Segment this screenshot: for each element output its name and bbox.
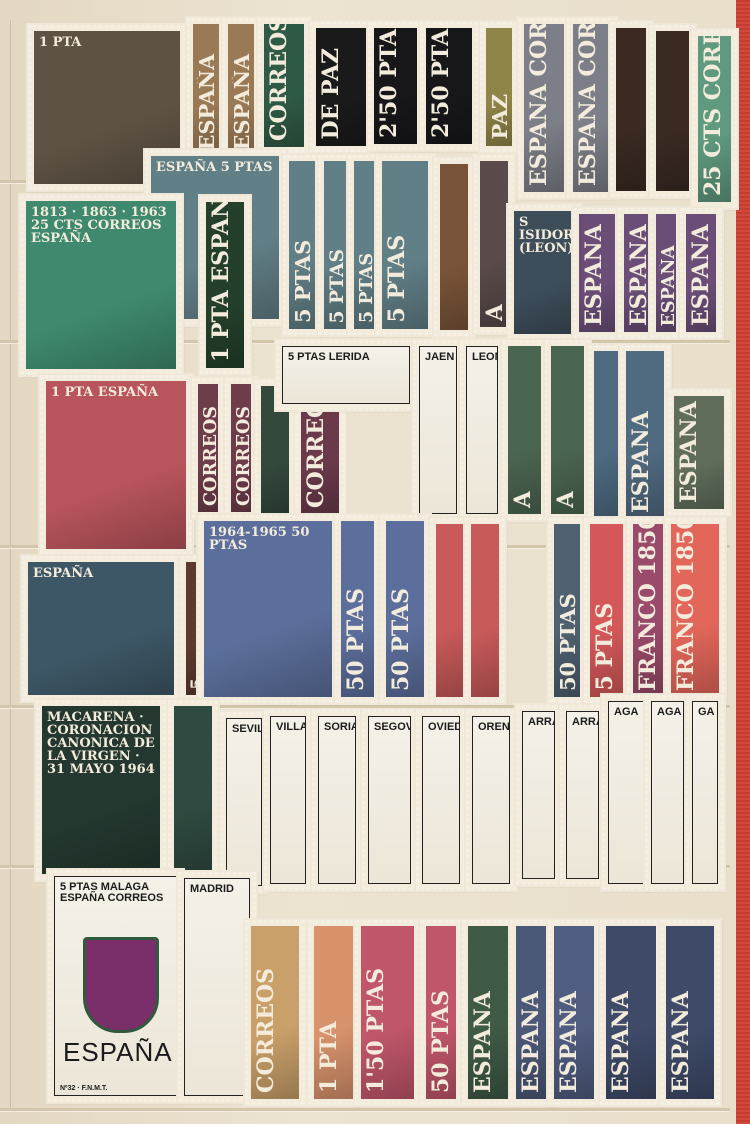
stamp-text: ESPAÑA — [472, 991, 494, 1093]
stamp-text: ESPAÑA — [670, 991, 692, 1093]
stamp-text: 2'50 PTAS — [430, 28, 452, 138]
stamp-text: 1'50 PTAS — [365, 968, 387, 1093]
stamp-text: 1 PTA — [39, 36, 180, 49]
stamp — [610, 22, 652, 197]
stamp-design: ARRA — [566, 711, 599, 879]
stamp-text: ARRA — [572, 717, 599, 728]
stamp: CORREOS 10 — [258, 18, 310, 153]
stamp-design: 1813 · 1863 · 1963 25 CTS CORREOS ESPAÑA — [26, 201, 176, 369]
stamp-text: 1 PTA ESPAÑA CORREOS — [210, 202, 232, 362]
stamp-design: SEVILLA — [226, 718, 262, 886]
stamp-design: ESPAÑA — [606, 926, 656, 1099]
stamp-text: CORREOS — [202, 406, 218, 506]
stamp-text: OVIEDO — [428, 722, 460, 733]
stamp — [434, 158, 474, 336]
stamp: 50 PTAS — [335, 515, 380, 703]
stamp-text: ORENSE — [478, 722, 510, 733]
stamp: PAZ — [480, 22, 518, 152]
stamp: 1 PTA — [308, 920, 360, 1105]
album-page: 1 PTAESPAÑAESPAÑACORREOS 10DE PAZ2'50 PT… — [0, 0, 750, 1124]
stamp-design: ESPAÑA — [624, 214, 652, 332]
stamp-text: FRANCO 1850 25 — [637, 524, 659, 691]
stamp-design: VILLA — [270, 716, 306, 884]
stamp-text: 1 PTA ESPAÑA — [51, 386, 186, 399]
stamp-design: 50 PTAS — [386, 521, 424, 697]
stamp — [168, 700, 218, 880]
stamp-design — [174, 706, 212, 874]
stamp-design: A — [551, 346, 584, 514]
stamp: ESPAÑA — [600, 920, 662, 1105]
stamp: ESPAÑA — [680, 208, 722, 338]
stamp: ESPAÑA — [650, 208, 682, 338]
stamp-design: 1 PTA ESPAÑA — [46, 381, 186, 549]
stamp: 1964-1965 50 PTAS — [198, 515, 338, 703]
stamp-design: CORREOS 10 — [264, 24, 304, 147]
stamp-text: ESPAÑA — [690, 224, 712, 326]
stamp-text: ARRA — [528, 717, 555, 728]
stamp-text: ESPAÑA — [678, 401, 700, 503]
stamp: SEGOVIA — [362, 710, 417, 890]
stamp-design: ESPAÑA CORREOS — [524, 24, 564, 192]
stamp-design — [594, 351, 622, 519]
stamp-text: ESPAÑA — [628, 224, 650, 326]
stamp: 50 PTAS — [380, 515, 430, 703]
stamp-text: 5 PTAS MALAGA ESPAÑA CORREOS — [60, 882, 177, 904]
stamp-design: OVIEDO — [422, 716, 460, 884]
stamp-design: CORREOS — [231, 384, 251, 512]
stamp-text: 5 PTAS — [594, 603, 616, 691]
stamp-design: ESPAÑA — [686, 214, 716, 332]
stamp-design: ESPAÑA — [666, 926, 714, 1099]
stamp: 5 PTAS — [584, 518, 629, 703]
stamp: FRANCO 1850 25 — [627, 518, 669, 703]
stamp-design: 5 PTAS — [590, 524, 623, 697]
stamp-design: ESPAÑA — [28, 562, 174, 695]
stamp-design: ESPAÑA — [656, 214, 676, 332]
stamp-design: 5 PTAS — [289, 161, 315, 329]
stamp-text: FRANCO 1850 10 — [675, 524, 697, 691]
stamp: SORIA — [312, 710, 362, 890]
stamp-design: A — [480, 161, 508, 327]
stamp — [430, 518, 470, 703]
stamp-design: 5 PTAS MALAGA ESPAÑA CORREOSNº32 · F.N.M… — [54, 876, 177, 1096]
stamp: MACARENA · CORONACION CANONICA DE LA VIR… — [36, 700, 166, 880]
stamp-design: FRANCO 1850 25 — [633, 524, 663, 697]
stamp: ESPAÑA CORREOS — [518, 18, 570, 198]
stamp-design: 1 PTA — [314, 926, 354, 1099]
stamp-text: 1964-1965 50 PTAS — [209, 526, 332, 552]
stamp-text: VILLA — [276, 722, 306, 733]
stamp-design: 50 PTAS — [554, 524, 580, 697]
stamp-text: GA — [698, 707, 718, 718]
stamp-design: ESPAÑA — [228, 24, 254, 157]
stamp: A — [502, 340, 547, 520]
stamp: 2'50 PTAS — [420, 22, 478, 150]
stamp-text: 50 PTAS — [390, 588, 412, 691]
stamp-text: 50 PTAS — [430, 990, 452, 1093]
stamp-design: DE PAZ — [316, 28, 366, 146]
stamp: LEON — [460, 340, 504, 520]
stamp: CORREOS — [192, 378, 224, 518]
stamp: ESPAÑA — [462, 920, 514, 1105]
stamp: AGA — [645, 695, 690, 890]
stamp-design: MADRID — [184, 878, 250, 1096]
stamp-design: ORENSE — [472, 716, 510, 884]
stamp: 5 PTAS LERIDA — [276, 340, 416, 410]
stamp-text: 2'50 PTAS — [378, 28, 400, 138]
stamp-design: MACARENA · CORONACION CANONICA DE LA VIR… — [42, 706, 160, 874]
album-binding-edge — [736, 0, 750, 1124]
stamp — [650, 25, 695, 197]
stamp-text: ESPAÑA — [520, 991, 542, 1093]
stamp-text: SEGOVIA — [374, 722, 411, 733]
stamp: DE PAZ — [310, 22, 372, 152]
stamp-text: 50 PTAS — [345, 588, 367, 691]
stamp: JAEN — [413, 340, 463, 520]
stamp-design: 50 PTAS — [426, 926, 456, 1099]
stamp: OVIEDO — [416, 710, 466, 890]
stamp-design: ESPAÑA — [674, 396, 724, 509]
stamp: 5 PTAS — [318, 155, 352, 335]
stamp-country-text: ESPAÑA — [63, 1039, 173, 1065]
stamp-design: 5 PTAS — [354, 161, 374, 329]
stamp: 1 PTA ESPAÑA — [40, 375, 192, 555]
stamp: A — [545, 340, 590, 520]
stamp-design: ESPAÑA — [579, 214, 615, 332]
stamp: ORENSE — [466, 710, 516, 890]
stamp: CORREOS — [245, 920, 305, 1105]
stamp-text: 1 PTA — [318, 1021, 340, 1093]
stamp-design: 25 CTS CORREO ESPAÑA — [698, 36, 731, 202]
stamp-text: ESPAÑA — [558, 991, 580, 1093]
stamp-design — [440, 164, 468, 330]
stamp-text: MADRID — [190, 884, 250, 895]
stamp-design: ARRA — [522, 711, 555, 879]
stamp-text: A — [512, 491, 534, 508]
stamp-text: SEVILLA — [232, 724, 262, 735]
stamp: 2'50 PTAS — [368, 22, 423, 150]
stamp-text: PAZ — [490, 94, 511, 140]
stamp-text: ESPAÑA — [232, 54, 253, 151]
stamp-design: JAEN — [419, 346, 457, 514]
stamp-text: 5 PTAS — [328, 249, 346, 323]
stamp-design — [436, 524, 464, 697]
stamp-text: MACARENA · CORONACION CANONICA DE LA VIR… — [47, 711, 160, 776]
stamp-design: A — [508, 346, 541, 514]
stamp-text: ESPAÑA — [33, 567, 174, 580]
stamp-text: 5 PTAS — [386, 235, 408, 323]
stamp-design: FRANCO 1850 10 — [671, 524, 719, 697]
stamp-footer: Nº32 · F.N.M.T. — [60, 1085, 107, 1092]
stamp-text: A — [555, 491, 577, 508]
stamp: ESPAÑA — [668, 390, 730, 515]
stamp: 5 PTAS — [376, 155, 434, 335]
stamp-design: 5 PTAS — [324, 161, 346, 329]
stamp-text: ESPAÑA — [660, 245, 676, 326]
stamp: ESPAÑA — [660, 920, 720, 1105]
stamp-text: SORIA — [324, 722, 356, 733]
stamp: 50 PTAS — [420, 920, 462, 1105]
stamp-text: ESPAÑA CORREOS — [528, 24, 550, 186]
stamp-text: 50 PTAS — [558, 593, 579, 691]
stamp-text: 5 PTAS — [293, 240, 314, 323]
stamp-text: ESPAÑA — [197, 54, 218, 151]
stamp: ESPAÑA — [620, 345, 670, 525]
stamp-text: CORREOS — [235, 406, 251, 506]
stamp-design: 5 PTAS LERIDA — [282, 346, 410, 404]
stamp-text: AGA — [614, 707, 646, 718]
stamp-design: SORIA — [318, 716, 356, 884]
stamp-design — [656, 31, 689, 191]
stamp: 1813 · 1863 · 1963 25 CTS CORREOS ESPAÑA — [20, 195, 182, 375]
stamp: ARRA — [560, 705, 605, 885]
stamp-design: 5 PTAS — [382, 161, 428, 329]
stamp-text: CORREOS 10 — [268, 24, 290, 141]
stamp-text: ESPAÑA 5 PTAS — [156, 161, 279, 174]
stamp-design: ESPAÑA CORREOS — [573, 24, 611, 192]
stamp-design: LEON — [466, 346, 498, 514]
stamp-design: SEGOVIA — [368, 716, 411, 884]
stamp: 5 PTAS MALAGA ESPAÑA CORREOSNº32 · F.N.M… — [48, 870, 183, 1102]
stamp-text: ESPAÑA CORREOS — [577, 24, 599, 186]
stamp-design: 1964-1965 50 PTAS — [204, 521, 332, 697]
stamp-design: 2'50 PTAS — [374, 28, 417, 144]
stamp: S ISIDORO (LEON) — [508, 205, 580, 340]
stamp-text: A — [484, 304, 506, 321]
stamp-design — [471, 524, 499, 697]
stamp-design: CORREOS — [251, 926, 299, 1099]
stamp-design: 1'50 PTAS — [361, 926, 414, 1099]
stamp-design: AGA — [651, 701, 684, 884]
stamp-design: 2'50 PTAS — [426, 28, 472, 144]
stamp — [465, 518, 505, 703]
stamp: ESPAÑA — [222, 18, 260, 163]
stamp-text: AGA — [657, 707, 684, 718]
stamp-design: CORREOS — [198, 384, 218, 512]
stamp-text: ESPAÑA — [610, 991, 632, 1093]
stamp-text: 5 PTAS — [358, 253, 374, 323]
stamp: ESPAÑA — [22, 556, 180, 701]
page-edge-line — [10, 20, 11, 1110]
stamp: FRANCO 1850 10 — [665, 518, 725, 703]
stamp: ESPAÑA — [573, 208, 621, 338]
stamp: 1'50 PTAS — [355, 920, 420, 1105]
stamp-text: DE PAZ — [320, 48, 342, 140]
stamp-design: ESPAÑA — [554, 926, 594, 1099]
stamp-text: ESPAÑA — [583, 224, 605, 326]
stamp-text: LEON — [472, 352, 498, 363]
stamp: ESPAÑA — [548, 920, 600, 1105]
stamp-design: 50 PTAS — [341, 521, 374, 697]
stamp-text: 1813 · 1863 · 1963 25 CTS CORREOS ESPAÑA — [31, 206, 176, 245]
stamp-design: S ISIDORO (LEON) — [514, 211, 574, 334]
stamp: ARRA — [516, 705, 561, 885]
stamp-design: GA — [692, 701, 718, 884]
stamp-text: ESPAÑA — [630, 411, 652, 513]
stamp-text: 5 PTAS LERIDA — [288, 352, 410, 363]
album-strip — [0, 1108, 730, 1111]
stamp-design: ESPAÑA — [516, 926, 549, 1099]
stamp-design: ESPAÑA — [626, 351, 664, 519]
stamp: ESPAÑA — [187, 18, 225, 163]
stamp: 25 CTS CORREO ESPAÑA — [692, 30, 737, 208]
stamp-design: ESPAÑA — [193, 24, 219, 157]
stamp: 50 PTAS — [548, 518, 586, 703]
stamp: VILLA — [264, 710, 312, 890]
stamp-text: 25 CTS CORREO ESPAÑA — [702, 36, 724, 196]
stamp-text: S ISIDORO (LEON) — [519, 216, 574, 255]
stamp-design: ESPAÑA — [468, 926, 508, 1099]
stamp: 5 PTAS — [283, 155, 321, 335]
stamp-design: AGA — [608, 701, 646, 884]
stamp: CORREOS — [225, 378, 257, 518]
stamp: 1 PTA ESPAÑA CORREOS — [200, 196, 250, 374]
coat-of-arms-icon — [83, 937, 159, 1033]
stamp-text: CORREOS — [255, 968, 277, 1093]
stamp-text: JAEN — [425, 352, 457, 363]
stamp-design — [616, 28, 646, 191]
stamp-design: PAZ — [486, 28, 512, 146]
stamp: SEVILLA — [220, 712, 268, 892]
stamp: GA — [686, 695, 724, 890]
stamp-design: 1 PTA ESPAÑA CORREOS — [206, 202, 244, 368]
